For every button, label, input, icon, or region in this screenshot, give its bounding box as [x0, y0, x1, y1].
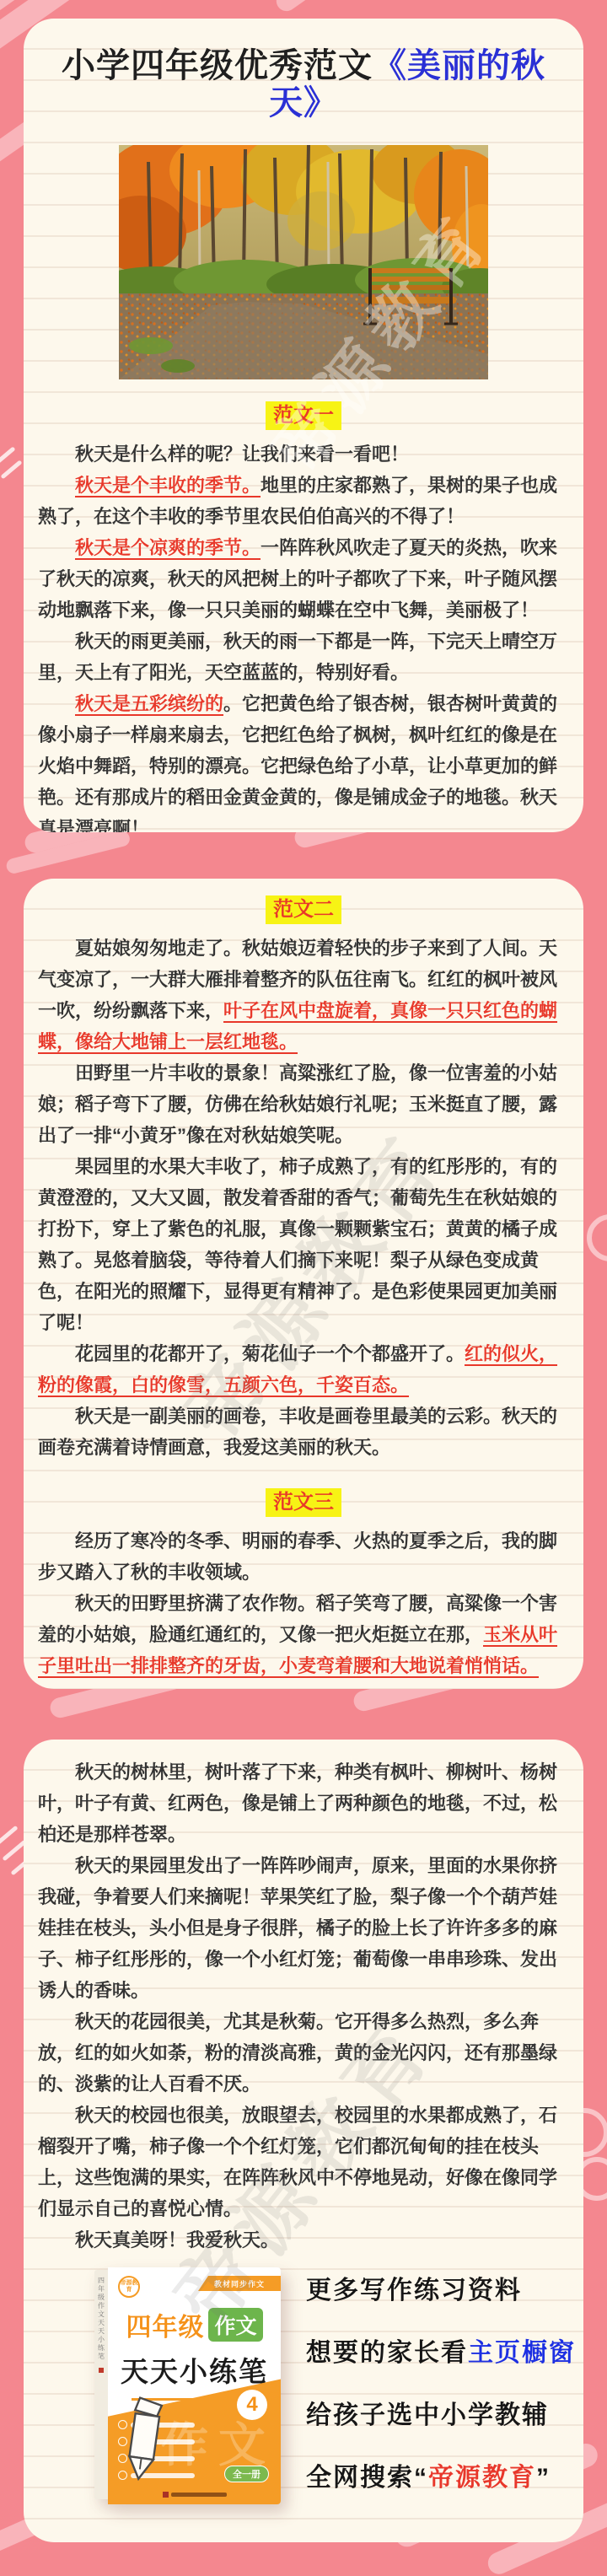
highlighted-phrase: 秋天是五彩缤纷的 [75, 693, 223, 714]
essay-text: 秋天的果园里发出了一阵阵吵闹声，原来，里面的水果你挤我碰，争着要人们来摘呢！苹果… [38, 1855, 557, 2001]
promo-text: 更多写作练习资料 [306, 2277, 522, 2304]
promo-highlight: 主页橱窗 [468, 2339, 576, 2367]
publisher-mark-icon [99, 2368, 104, 2373]
essay-text: 秋天真美呀！我爱秋天。 [75, 2229, 279, 2251]
book-front: 帝源教育 教材同步作文 四年级 作文 天天小练笔 王志旭 主编 作文 4 [108, 2267, 281, 2504]
edge-tick [0, 460, 22, 479]
poster-page: 小学四年级优秀范文《美丽的秋天》 [0, 0, 607, 2576]
brand-badge-icon: 帝源教育 [118, 2276, 140, 2298]
sample-essay-label-wrap: 范文三 [38, 1488, 569, 1517]
essay-text: 秋天的雨更美丽，秋天的雨一下都是一阵，下完天上晴空万里，天上有了阳光，天空蓝蓝的… [38, 631, 557, 683]
essay-paragraph: 秋天的雨更美丽，秋天的雨一下都是一阵，下完天上晴空万里，天上有了阳光，天空蓝蓝的… [38, 626, 569, 688]
promo-text: 想要的家长看 [306, 2339, 468, 2367]
essay-text: 果园里的水果大丰收了，柿子成熟了，有的红彤彤的，有的黄澄澄的，又大又圆，散发着香… [38, 1156, 557, 1333]
top-stripe [272, 0, 388, 15]
essay-paragraph: 花园里的花都开了，菊花仙子一个个都盛开了。红的似火，粉的像霞，白的像雪，五颜六色… [38, 1338, 569, 1401]
essay-paragraph: 田野里一片丰收的景象！高粱涨红了脸，像一位害羞的小姑娘；稻子弯下了腰，仿佛在给秋… [38, 1057, 569, 1151]
essay-paragraph: 秋天是个凉爽的季节。一阵阵秋风吹走了夏天的炎热，吹来了秋天的凉爽，秋天的风把树上… [38, 532, 569, 626]
promo-line: 全网搜索“帝源教育” [306, 2460, 576, 2497]
volume-number-badge: 4 [237, 2390, 267, 2420]
essay-paragraph: 秋天的花园很美，尤其是秋菊。它开得多么热烈，多么奔放，红的如火如荼，粉的清淡高雅… [38, 2006, 569, 2100]
pencil-icon [120, 2394, 169, 2482]
promo-text: 全网搜索“ [306, 2464, 428, 2492]
book-spine: 四年级作文天天小练笔 [94, 2270, 108, 2499]
sample-essay-label: 范文三 [266, 1488, 341, 1517]
sample-essay-label-wrap: 范文一 [38, 401, 569, 430]
autumn-park-photo [119, 145, 488, 379]
edition-pill: 全一册 [224, 2466, 269, 2482]
essay-card-1: 小学四年级优秀范文《美丽的秋天》 [24, 19, 583, 832]
essay-paragraph: 秋天的果园里发出了一阵阵吵闹声，原来，里面的水果你挤我碰，争着要人们来摘呢！苹果… [38, 1850, 569, 2006]
workbook-cover: 四年级作文天天小练笔 帝源教育 教材同步作文 四年级 作文 天天小练笔 王志旭 … [94, 2267, 281, 2504]
book-grade: 四年级 [126, 2306, 204, 2343]
essay-card-3: 秋天的树林里，树叶落了下来，种类有枫叶、柳树叶、杨树叶，叶子有黄、红两色，像是铺… [24, 1740, 583, 2542]
book-spine-title: 四年级作文天天小练笔 [97, 2277, 106, 2361]
promo-line: 更多写作练习资料 [306, 2272, 576, 2310]
essay-text: 秋天的校园也很美，放眼望去，校园里的水果都成熟了，石榴裂开了嘴，柿子像一个个红灯… [38, 2105, 557, 2219]
essay-paragraph: 秋天是什么样的呢？让我们来看一看吧！ [38, 438, 569, 470]
essay-body-3: 秋天的树林里，树叶落了下来，种类有枫叶、柳树叶、杨树叶，叶子有黄、红两色，像是铺… [38, 1756, 569, 2256]
page-title: 小学四年级优秀范文《美丽的秋天》 [38, 47, 569, 121]
essay-paragraph: 秋天的田野里挤满了农作物。稻子笑弯了腰，高粱像一个害羞的小姑娘，脸通红通红的，又… [38, 1588, 569, 1681]
sample-essay-label: 范文一 [266, 401, 341, 430]
promo-section: 四年级作文天天小练笔 帝源教育 教材同步作文 四年级 作文 天天小练笔 王志旭 … [94, 2267, 569, 2522]
essay-paragraph: 果园里的水果大丰收了，柿子成熟了，有的红彤彤的，有的黄澄澄的，又大又圆，散发着香… [38, 1151, 569, 1338]
book-subject-tag: 作文 [208, 2308, 262, 2342]
essay-text: 田野里一片丰收的景象！高粱涨红了脸，像一位害羞的小姑娘；稻子弯下了腰，仿佛在给秋… [38, 1062, 557, 1146]
essay-text: 秋天的田野里挤满了农作物。稻子笑弯了腰，高粱像一个害羞的小姑娘，脸通红通红的，又… [38, 1593, 557, 1645]
essay-paragraph: 经历了寒冷的冬季、明丽的春季、火热的夏季之后，我的脚步又踏入了秋的丰收领域。 [38, 1525, 569, 1588]
essay-paragraph: 秋天是个丰收的季节。地里的庄家都熟了，果树的果子也成熟了，在这个丰收的季节里农民… [38, 470, 569, 532]
page-title-black: 小学四年级优秀范文 [62, 47, 373, 84]
promo-text: 给孩子选中小学教辅 [306, 2401, 549, 2429]
essay-text: 秋天是什么样的呢？让我们来看一看吧！ [75, 444, 409, 465]
essay-paragraph: 秋天是五彩缤纷的。它把黄色给了银杏树，银杏树叶黄黄的像小扇子一样扇来扇去，它把红… [38, 688, 569, 832]
promo-highlight: 帝源教育 [428, 2464, 536, 2492]
essay-text: 秋天的花园很美，尤其是秋菊。它开得多么热烈，多么奔放，红的如火如荼，粉的清淡高雅… [38, 2011, 557, 2095]
publisher-line [163, 2492, 227, 2498]
essay-card-2: 范文二夏姑娘匆匆地走了。秋姑娘迈着轻快的步子来到了人间。天气变凉了，一大群大雁排… [24, 879, 583, 1689]
essay-paragraph: 秋天真美呀！我爱秋天。 [38, 2224, 569, 2256]
essay-text: 花园里的花都开了，菊花仙子一个个都盛开了。 [75, 1343, 465, 1364]
edge-ring [587, 1214, 607, 1261]
book-title: 天天小练笔 [108, 2350, 281, 2390]
essay-text: 秋天是一副美丽的画卷，丰收是画卷里最美的云彩。秋天的画卷充满着诗情画意，我爱这美… [38, 1406, 557, 1458]
promo-line: 给孩子选中小学教辅 [306, 2397, 576, 2434]
essay-paragraph: 秋天的树林里，树叶落了下来，种类有枫叶、柳树叶、杨树叶，叶子有黄、红两色，像是铺… [38, 1756, 569, 1850]
essay-paragraph: 秋天是一副美丽的画卷，丰收是画卷里最美的云彩。秋天的画卷充满着诗情画意，我爱这美… [38, 1401, 569, 1463]
edge-tick [0, 446, 16, 465]
promo-lines: 更多写作练习资料想要的家长看主页橱窗给孩子选中小学教辅全网搜索“帝源教育” [306, 2267, 576, 2522]
essay-paragraph: 秋天的校园也很美，放眼望去，校园里的水果都成熟了，石榴裂开了嘴，柿子像一个个红灯… [38, 2100, 569, 2224]
edge-tick [0, 1826, 19, 1847]
essay-text: 经历了寒冷的冬季、明丽的春季、火热的夏季之后，我的脚步又踏入了秋的丰收领域。 [38, 1530, 557, 1583]
sample-essay-label-wrap: 范文二 [38, 895, 569, 924]
sample-essay-label: 范文二 [266, 895, 341, 924]
essay-body-2: 范文二夏姑娘匆匆地走了。秋姑娘迈着轻快的步子来到了人间。天气变凉了，一大群大雁排… [38, 895, 569, 1681]
promo-line: 想要的家长看主页橱窗 [306, 2335, 576, 2372]
essay-text: 秋天的树林里，树叶落了下来，种类有枫叶、柳树叶、杨树叶，叶子有黄、红两色，像是铺… [38, 1761, 557, 1845]
cover-ribbon: 教材同步作文 [198, 2276, 281, 2291]
essay-paragraph: 夏姑娘匆匆地走了。秋姑娘迈着轻快的步子来到了人间。天气变凉了，一大群大雁排着整齐… [38, 933, 569, 1057]
publisher-logo-icon [163, 2492, 169, 2498]
highlighted-phrase: 秋天是个丰收的季节。 [75, 475, 261, 496]
autumn-park-photo-art [119, 145, 488, 379]
promo-text: ” [536, 2464, 551, 2492]
book-title-row: 四年级 作文 [108, 2306, 281, 2343]
essay-body-1: 范文一秋天是什么样的呢？让我们来看一看吧！秋天是个丰收的季节。地里的庄家都熟了，… [38, 401, 569, 832]
highlighted-phrase: 秋天是个凉爽的季节。 [75, 537, 261, 558]
